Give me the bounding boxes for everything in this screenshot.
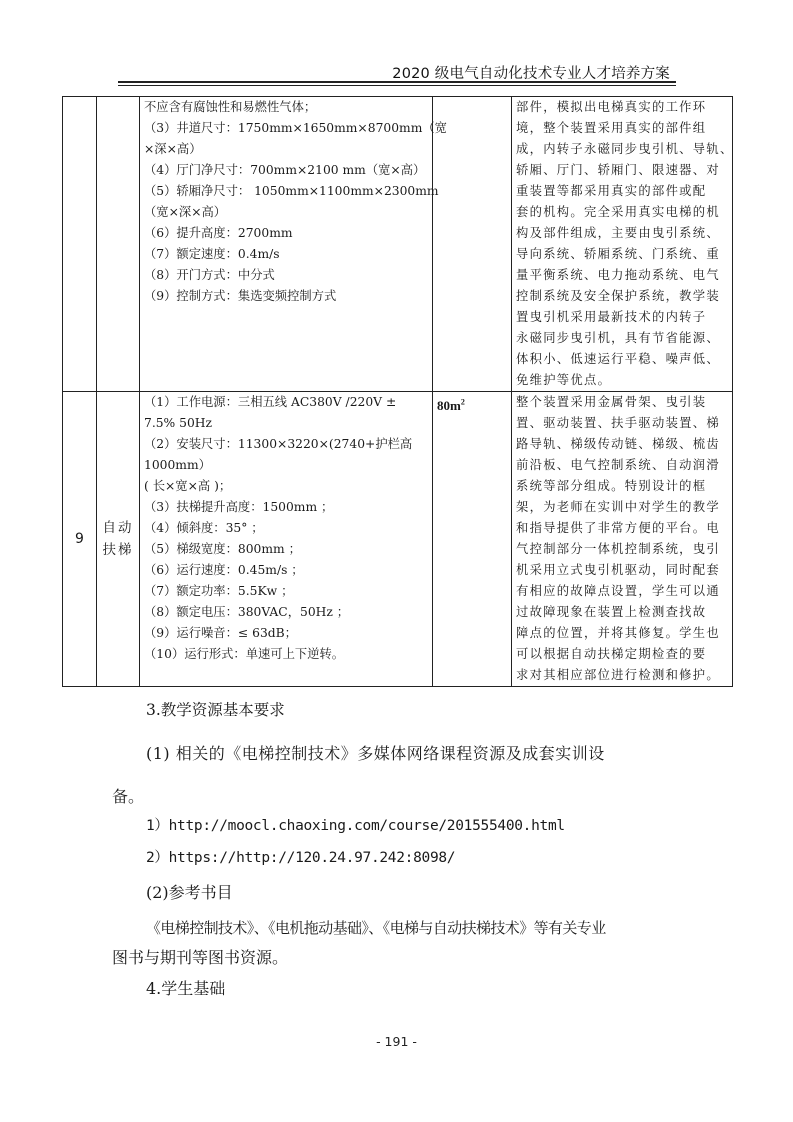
spec-line: （9）控制方式：集选变频控制方式 (144, 286, 428, 307)
description-line: 系统等部分组成。特别设计的框 (516, 476, 728, 497)
reference-books-heading: (2)参考书目 (146, 880, 233, 903)
table-row: 不应含有腐蚀性和易燃性气体； （3）井道尺寸：1750mm×1650mm×870… (63, 97, 733, 392)
description-cell: 整个装置采用金属骨架、曳引装 置、驱动装置、扶手驱动装置、梯 路导轨、梯级传动链… (512, 392, 733, 687)
equipment-name-line: 扶梯 (101, 539, 135, 561)
description-line: 永磁同步曳引机，具有节省能源、 (516, 328, 728, 349)
section-heading-student-foundation: 4.学生基础 (146, 976, 225, 999)
description-cell: 部件，模拟出电梯真实的工作环 境，整个装置采用真实的部件组 成，内转子永磁同步曳… (512, 97, 733, 392)
area-cell (433, 97, 512, 392)
spec-line: ( 长×宽×高 )； (144, 476, 428, 497)
table-row: 9 自动 扶梯 （1）工作电源：三相五线 AC380V /220V ± 7.5%… (63, 392, 733, 687)
row-number-cell (63, 97, 97, 392)
spec-line: （5）梯级宽度：800mm ； (144, 539, 428, 560)
equipment-spec-table: 不应含有腐蚀性和易燃性气体； （3）井道尺寸：1750mm×1650mm×870… (62, 96, 733, 687)
description-line: 重装置等都采用真实的部件或配 (516, 181, 728, 202)
description-line: 和指导提供了非常方便的平台。电 (516, 518, 728, 539)
spec-line: （5）轿厢净尺寸： 1050mm×1100mm×2300mm (144, 181, 428, 202)
spec-cell: 不应含有腐蚀性和易燃性气体； （3）井道尺寸：1750mm×1650mm×870… (140, 97, 433, 392)
description-line: 境，整个装置采用真实的部件组 (516, 118, 728, 139)
reference-books-line-2: 图书与期刊等图书资源。 (112, 945, 288, 968)
spec-line: （2）安装尺寸：11300×3220×(2740+护栏高 (144, 434, 428, 455)
description-line: 控制系统及安全保护系统，教学装 (516, 286, 728, 307)
spec-line: （7）额定功率：5.5Kw ； (144, 581, 428, 602)
spec-line: （9）运行噪音：≤ 63dB； (144, 623, 428, 644)
spec-line: （10）运行形式：单速可上下逆转。 (144, 644, 428, 665)
equipment-name-cell: 自动 扶梯 (97, 392, 140, 687)
description-line: 体积小、低速运行平稳、噪声低、 (516, 349, 728, 370)
page-header: 2020 级电气自动化技术专业人才培养方案 (118, 58, 728, 88)
description-line: 部件，模拟出电梯真实的工作环 (516, 97, 728, 118)
spec-line: （8）开门方式：中分式 (144, 265, 428, 286)
description-line: 有相应的故障点设置，学生可以通 (516, 581, 728, 602)
description-line: 轿厢、厅门、轿厢门、限速器、对 (516, 160, 728, 181)
resource-item-1-line-1: (1) 相关的《电梯控制技术》多媒体网络课程资源及成套实训设 (146, 741, 605, 764)
spec-line: （1）工作电源：三相五线 AC380V /220V ± (144, 392, 428, 413)
spec-line: ×深×高） (144, 139, 428, 160)
area-unit-superscript: 2 (461, 398, 465, 407)
course-link-1[interactable]: 1）http://moocl.chaoxing.com/course/20155… (146, 814, 565, 835)
spec-line: （宽×深×高） (144, 202, 428, 223)
equipment-name-cell (97, 97, 140, 392)
description-line: 套的机构。完全采用真实电梯的机 (516, 202, 728, 223)
spec-cell: （1）工作电源：三相五线 AC380V /220V ± 7.5% 50Hz （2… (140, 392, 433, 687)
description-line: 机采用立式曳引机驱动，同时配套 (516, 560, 728, 581)
spec-line: （3）扶梯提升高度：1500mm ； (144, 497, 428, 518)
description-line: 整个装置采用金属骨架、曳引装 (516, 392, 728, 413)
section-heading-teaching-resources: 3.教学资源基本要求 (146, 698, 285, 720)
spec-line: （8）额定电压：380VAC，50Hz ； (144, 602, 428, 623)
description-line: 过故障现象在装置上检测查找故 (516, 602, 728, 623)
row-number-cell: 9 (63, 392, 97, 687)
course-link-2[interactable]: 2）https://http://120.24.97.242:8098/ (146, 846, 455, 867)
spec-line: 不应含有腐蚀性和易燃性气体； (144, 97, 428, 118)
description-line: 前沿板、电气控制系统、自动润滑 (516, 455, 728, 476)
spec-line: （3）井道尺寸：1750mm×1650mm×8700mm（宽 (144, 118, 428, 139)
description-line: 架，为老师在实训中对学生的教学 (516, 497, 728, 518)
description-line: 置、驱动装置、扶手驱动装置、梯 (516, 413, 728, 434)
description-line: 免维护等优点。 (516, 370, 728, 391)
header-double-rule (118, 81, 676, 86)
document-title: 2020 级电气自动化技术专业人才培养方案 (392, 62, 670, 83)
description-line: 障点的位置，并将其修复。学生也 (516, 623, 728, 644)
description-line: 量平衡系统、电力拖动系统、电气 (516, 265, 728, 286)
description-line: 可以根据自动扶梯定期检查的要 (516, 644, 728, 665)
area-cell: 80m2 (433, 392, 512, 687)
reference-books-line-1: 《电梯控制技术》、《电机拖动基础》、《电梯与自动扶梯技术》等有关专业 (146, 917, 606, 938)
area-value: 80m2 (437, 398, 465, 413)
description-line: 求对其相应部位进行检测和修护。 (516, 665, 728, 686)
description-line: 置曳引机采用最新技术的内转子 (516, 307, 728, 328)
spec-line: （4）厅门净尺寸：700mm×2100 mm（宽×高） (144, 160, 428, 181)
spec-line: （7）额定速度：0.4m/s (144, 244, 428, 265)
area-number: 80m (437, 398, 461, 413)
spec-line: 1000mm） (144, 455, 428, 476)
description-line: 路导轨、梯级传动链、梯级、梳齿 (516, 434, 728, 455)
spec-line: （6）提升高度：2700mm (144, 223, 428, 244)
spec-line: （4）倾斜度：35° ； (144, 518, 428, 539)
page-number: - 191 - (0, 1034, 793, 1049)
description-line: 构及部件组成，主要由曳引系统、 (516, 223, 728, 244)
description-line: 导向系统、轿厢系统、门系统、重 (516, 244, 728, 265)
resource-item-1-line-2: 备。 (112, 784, 144, 807)
spec-line: （6）运行速度：0.45m/s ； (144, 560, 428, 581)
description-line: 气控制部分一体机控制系统，曳引 (516, 539, 728, 560)
spec-line: 7.5% 50Hz (144, 413, 428, 434)
equipment-name-line: 自动 (101, 517, 135, 539)
description-line: 成，内转子永磁同步曳引机、导轨、 (516, 139, 728, 160)
